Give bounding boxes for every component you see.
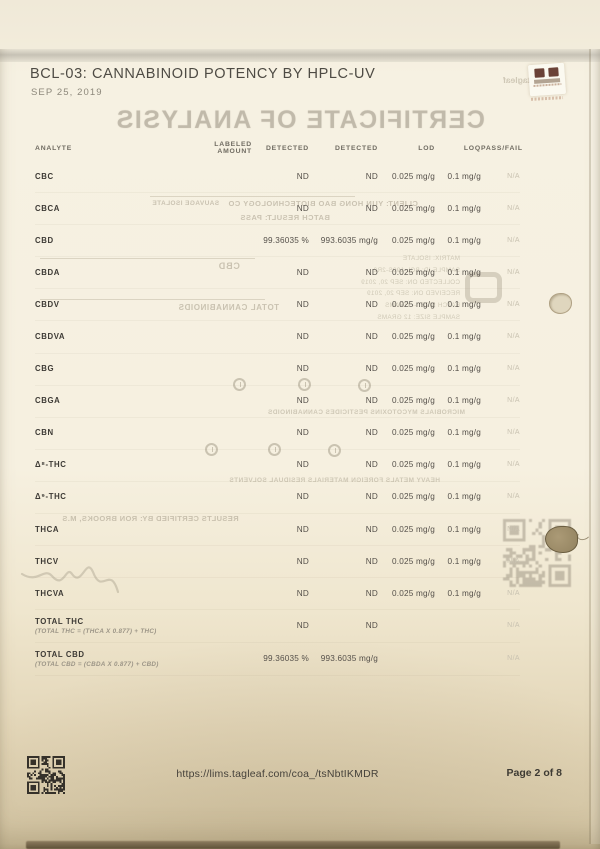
certification-stamp (528, 63, 566, 96)
cell-analyte: CBD (35, 236, 195, 245)
cell-analyte: TOTAL CBD (35, 650, 85, 659)
cell-pass-fail: N/A (481, 301, 520, 308)
cell-analyte: TOTAL THC (35, 617, 84, 626)
photo-background: CERTIFICATE OF ANALYSIS SAUVAGE ISOLATE … (0, 0, 600, 849)
cell-pass-fail: N/A (481, 237, 520, 244)
table-row: CBDVANDND0.025 mg/g0.1 mg/gN/A (35, 320, 520, 352)
cell-detected-percent: ND (252, 460, 309, 469)
table-row: CBGNDND0.025 mg/g0.1 mg/gN/A (35, 353, 520, 385)
cell-analyte: CBDVA (35, 332, 195, 341)
cell-analyte: CBCA (35, 204, 195, 213)
cell-loq: 0.1 mg/g (435, 332, 481, 341)
cell-detected-percent: ND (252, 621, 309, 630)
cell-detected-percent: ND (252, 557, 309, 566)
table-row: CBDANDND0.025 mg/g0.1 mg/gN/A (35, 256, 520, 288)
page-top-sheet (0, 0, 600, 49)
cell-analyte: CBDV (35, 300, 195, 309)
cell-loq: 0.1 mg/g (435, 300, 481, 309)
cell-analyte: THCV (35, 557, 195, 566)
cell-loq: 0.1 mg/g (435, 172, 481, 181)
cell-detected-mgg: ND (309, 492, 378, 501)
cell-formula: (TOTAL CBD = (CBDA X 0.877) + CBD) (35, 661, 195, 668)
cell-detected-percent: ND (252, 364, 309, 373)
cell-pass-fail: N/A (481, 333, 520, 340)
cell-loq: 0.1 mg/g (435, 525, 481, 534)
cell-detected-percent: ND (252, 589, 309, 598)
cell-loq: 0.1 mg/g (435, 492, 481, 501)
cell-lod: 0.025 mg/g (378, 204, 435, 213)
column-header-pass-fail: PASS/FAIL (481, 145, 520, 152)
cell-lod: 0.025 mg/g (378, 364, 435, 373)
cell-detected-percent: ND (252, 492, 309, 501)
column-header-detected-mgg: DETECTED (309, 145, 378, 152)
cell-detected-mgg: ND (309, 396, 378, 405)
cell-pass-fail: N/A (481, 622, 520, 629)
cell-detected-percent: ND (252, 172, 309, 181)
table-row: THCVANDND0.025 mg/g0.1 mg/gN/A (35, 577, 520, 609)
table-surface-shadow (26, 841, 560, 849)
cell-analyte: CBGA (35, 396, 195, 405)
table-header-row: ANALYTE LABELED AMOUNT DETECTED DETECTED… (35, 141, 520, 155)
column-header-lod: LOD (378, 145, 435, 152)
cell-lod: 0.025 mg/g (378, 525, 435, 534)
cell-detected-percent: 99.36035 % (252, 236, 309, 245)
cell-lod: 0.025 mg/g (378, 236, 435, 245)
cell-lod: 0.025 mg/g (378, 589, 435, 598)
cell-detected-percent: ND (252, 300, 309, 309)
cell-analyte: CBDA (35, 268, 195, 277)
cell-pass-fail: N/A (481, 205, 520, 212)
column-header-detected-percent: DETECTED (252, 145, 309, 152)
cell-pass-fail: N/A (481, 461, 520, 468)
cell-pass-fail: N/A (481, 558, 520, 565)
cell-loq: 0.1 mg/g (435, 589, 481, 598)
cell-pass-fail: N/A (481, 655, 520, 662)
paper-blemish (545, 526, 578, 553)
cell-detected-percent: ND (252, 428, 309, 437)
cell-analyte: CBC (35, 172, 195, 181)
cell-pass-fail: N/A (481, 429, 520, 436)
page-date: SEP 25, 2019 (31, 87, 103, 98)
cell-detected-percent: ND (252, 204, 309, 213)
column-header-analyte: ANALYTE (35, 145, 195, 152)
cell-analyte: CBG (35, 364, 195, 373)
table-row: CBGANDND0.025 mg/g0.1 mg/gN/A (35, 385, 520, 417)
page-right-sliver (591, 49, 600, 844)
stamp-sub-print (531, 96, 563, 100)
cell-detected-percent: ND (252, 525, 309, 534)
table-row: CBNNDND0.025 mg/g0.1 mg/gN/A (35, 417, 520, 449)
cell-loq: 0.1 mg/g (435, 428, 481, 437)
table-row-total-thc: TOTAL THC(TOTAL THC = (THCA X 0.877) + T… (35, 609, 520, 642)
potency-table: CBCNDND0.025 mg/g0.1 mg/gN/A CBCANDND0.0… (35, 160, 520, 675)
footer-url: https://lims.tagleaf.com/coa_/tsNbtIKMDR (85, 768, 470, 780)
bleed-watermark-title: CERTIFICATE OF ANALYSIS (0, 106, 600, 135)
cell-lod: 0.025 mg/g (378, 428, 435, 437)
stamp-fine-print (533, 83, 561, 87)
cell-lod: 0.025 mg/g (378, 300, 435, 309)
cell-loq: 0.1 mg/g (435, 460, 481, 469)
cell-detected-mgg: ND (309, 589, 378, 598)
table-row-total-cbd: TOTAL CBD(TOTAL CBD = (CBDA X 0.877) + C… (35, 642, 520, 675)
cell-loq: 0.1 mg/g (435, 236, 481, 245)
cell-lod: 0.025 mg/g (378, 460, 435, 469)
cell-analyte: Δ⁹-THC (35, 492, 195, 501)
cell-detected-percent: 99.36035 % (252, 654, 309, 663)
cell-pass-fail: N/A (481, 526, 520, 533)
cell-pass-fail: N/A (481, 173, 520, 180)
page-number: Page 2 of 8 (487, 767, 562, 779)
table-row: THCANDND0.025 mg/g0.1 mg/gN/A (35, 513, 520, 545)
cell-detected-mgg: ND (309, 204, 378, 213)
cell-analyte: THCVA (35, 589, 195, 598)
cell-detected-mgg: ND (309, 460, 378, 469)
cell-analyte: CBN (35, 428, 195, 437)
cell-loq: 0.1 mg/g (435, 204, 481, 213)
hole-punch-icon (549, 293, 572, 314)
cell-loq: 0.1 mg/g (435, 396, 481, 405)
table-row: CBD99.36035 %993.6035 mg/g0.025 mg/g0.1 … (35, 224, 520, 256)
cell-detected-mgg: ND (309, 428, 378, 437)
cell-detected-mgg: ND (309, 557, 378, 566)
table-row: CBDVNDND0.025 mg/g0.1 mg/gN/A (35, 288, 520, 320)
cell-detected-percent: ND (252, 268, 309, 277)
cell-loq: 0.1 mg/g (435, 557, 481, 566)
stamp-logo-icon (528, 67, 565, 78)
table-row: Δ⁸-THCNDND0.025 mg/g0.1 mg/gN/A (35, 449, 520, 481)
cell-detected-mgg: ND (309, 525, 378, 534)
cell-detected-mgg: ND (309, 364, 378, 373)
bleed-brand-wordmark: tagleaf (503, 75, 530, 85)
cell-lod: 0.025 mg/g (378, 172, 435, 181)
cell-formula: (TOTAL THC = (THCA X 0.877) + THC) (35, 628, 195, 635)
cell-analyte: THCA (35, 525, 195, 534)
cell-detected-percent: ND (252, 396, 309, 405)
table-row: CBCNDND0.025 mg/g0.1 mg/gN/A (35, 160, 520, 192)
cell-lod: 0.025 mg/g (378, 332, 435, 341)
cell-loq: 0.1 mg/g (435, 268, 481, 277)
cell-detected-mgg: ND (309, 332, 378, 341)
cell-detected-mgg: 993.6035 mg/g (309, 654, 378, 663)
cell-pass-fail: N/A (481, 590, 520, 597)
column-header-labeled-amount: LABELED AMOUNT (195, 141, 252, 155)
cell-loq: 0.1 mg/g (435, 364, 481, 373)
cell-detected-mgg: ND (309, 300, 378, 309)
cell-pass-fail: N/A (481, 269, 520, 276)
cell-lod: 0.025 mg/g (378, 396, 435, 405)
cell-detected-mgg: ND (309, 268, 378, 277)
page-edge-shadow-band (0, 49, 600, 62)
cell-pass-fail: N/A (481, 493, 520, 500)
cell-detected-mgg: ND (309, 172, 378, 181)
cell-detected-mgg: ND (309, 621, 378, 630)
column-header-loq: LOQ (435, 145, 481, 152)
cell-lod: 0.025 mg/g (378, 492, 435, 501)
cell-lod: 0.025 mg/g (378, 557, 435, 566)
cell-detected-mgg: 993.6035 mg/g (309, 236, 378, 245)
footer-qr-code (27, 756, 65, 794)
table-row: Δ⁹-THCNDND0.025 mg/g0.1 mg/gN/A (35, 481, 520, 513)
cell-pass-fail: N/A (481, 365, 520, 372)
table-row: CBCANDND0.025 mg/g0.1 mg/gN/A (35, 192, 520, 224)
cell-analyte: Δ⁸-THC (35, 460, 195, 469)
cell-pass-fail: N/A (481, 397, 520, 404)
page-title: BCL-03: CANNABINOID POTENCY BY HPLC-UV (30, 66, 375, 82)
cell-lod: 0.025 mg/g (378, 268, 435, 277)
cell-detected-percent: ND (252, 332, 309, 341)
table-row: THCVNDND0.025 mg/g0.1 mg/gN/A (35, 545, 520, 577)
